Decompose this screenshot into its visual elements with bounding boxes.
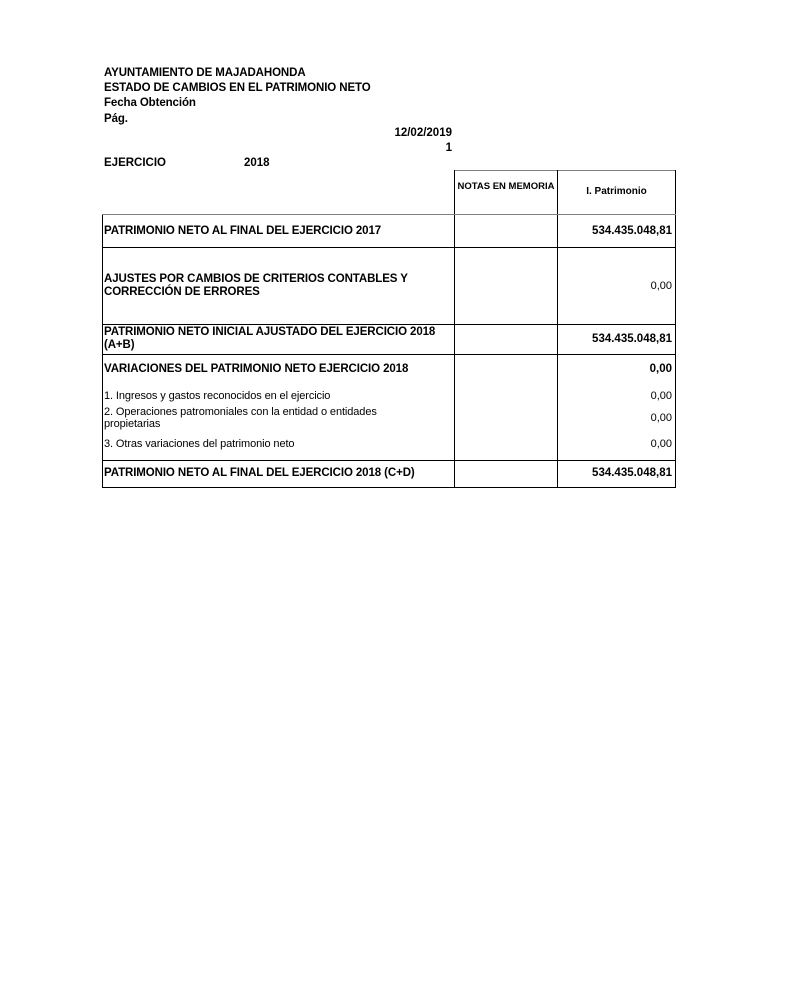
organization-name: AYUNTAMIENTO DE MAJADAHONDA [104, 66, 306, 81]
row-value: 534.435.048,81 [592, 467, 672, 479]
row-value: 0,00 [651, 412, 672, 424]
exercise-year: 2018 [244, 157, 270, 169]
table-rule [102, 214, 676, 215]
row-label: AJUSTES POR CAMBIOS DE CRITERIOS CONTABL… [104, 273, 434, 299]
column-header-patrimonio: I. Patrimonio [558, 186, 675, 197]
row-value: 0,00 [651, 438, 672, 450]
row-label: 3. Otras variaciones del patrimonio neto [104, 438, 454, 451]
row-label: PATRIMONIO NETO AL FINAL DEL EJERCICIO 2… [104, 467, 454, 480]
date-label: Fecha Obtención [104, 96, 196, 111]
table-rule [675, 170, 676, 488]
column-header-notes: NOTAS EN MEMORIA [455, 181, 557, 192]
row-label: PATRIMONIO NETO AL FINAL DEL EJERCICIO 2… [104, 225, 454, 238]
table-rule [102, 324, 676, 325]
row-value: 0,00 [651, 280, 672, 292]
table-rule [102, 354, 676, 355]
row-label: 1. Ingresos y gastos reconocidos en el e… [104, 390, 454, 403]
row-value: 534.435.048,81 [592, 333, 672, 345]
row-value: 0,00 [651, 390, 672, 402]
report-title: ESTADO DE CAMBIOS EN EL PATRIMONIO NETO [104, 81, 371, 96]
row-label: PATRIMONIO NETO INICIAL AJUSTADO DEL EJE… [104, 326, 454, 352]
row-label: VARIACIONES DEL PATRIMONIO NETO EJERCICI… [104, 363, 454, 376]
table-rule [102, 247, 676, 248]
table-rule [102, 487, 676, 488]
page-label: Pág. [104, 112, 128, 127]
exercise-label: EJERCICIO [104, 157, 166, 169]
row-value: 0,00 [650, 363, 672, 375]
row-label: 2. Operaciones patromoniales con la enti… [104, 406, 424, 430]
table-rule [454, 170, 455, 488]
table-rule [557, 170, 558, 488]
table-rule [102, 460, 676, 461]
page-number: 1 [446, 142, 452, 154]
row-value: 534.435.048,81 [592, 225, 672, 237]
date-value: 12/02/2019 [394, 127, 452, 139]
table-rule [454, 170, 676, 171]
table-rule [102, 214, 103, 488]
